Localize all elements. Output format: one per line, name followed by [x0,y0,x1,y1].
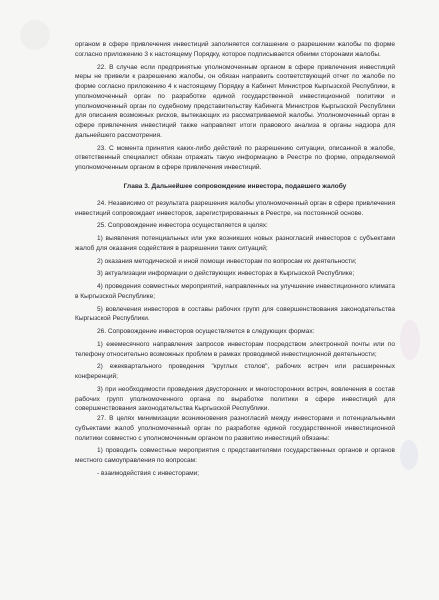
list-item-25-5: 5) вовлечения инвесторов в составы рабоч… [75,305,395,325]
list-item-25-1: 1) выявления потенциальных или уже возни… [75,234,395,254]
paragraph-23: 23. С момента принятия каких-либо действ… [75,144,395,173]
list-item-27-1: 1) проводить совместные мероприятия с пр… [75,446,395,466]
paragraph-22: 22. В случае если предпринятые уполномоч… [75,63,395,141]
paragraph-24: 24. Независимо от результата разрешения … [75,199,395,219]
scan-smudge [20,20,50,50]
paragraph-27: 27. В целях минимизации возникновения ра… [75,414,395,443]
paragraph-25: 25. Сопровождение инвестора осуществляет… [75,221,395,231]
list-item-25-2: 2) оказания методической и иной помощи и… [75,257,395,267]
list-item-26-2: 2) ежеквартального проведения "круглых с… [75,362,395,382]
scan-smudge [400,440,418,470]
list-item-25-3: 3) актуализации информации о действующих… [75,269,395,279]
list-item-26-3: 3) при необходимости проведения двусторо… [75,385,395,414]
document-page: органом в сфере привлечения инвестиций з… [75,40,395,479]
list-item-26-1: 1) ежемесячного направления запросов инв… [75,340,395,360]
list-item-25-4: 4) проведения совместных мероприятий, на… [75,282,395,302]
scan-smudge [400,320,420,360]
paragraph-21-continued: органом в сфере привлечения инвестиций з… [75,40,395,60]
chapter-heading: Глава 3. Дальнейшее сопровождение инвест… [75,182,395,192]
paragraph-26: 26. Сопровождение инвесторов осуществляе… [75,327,395,337]
list-item-27-1-a: - взаимодействия с инвесторами; [75,469,395,479]
